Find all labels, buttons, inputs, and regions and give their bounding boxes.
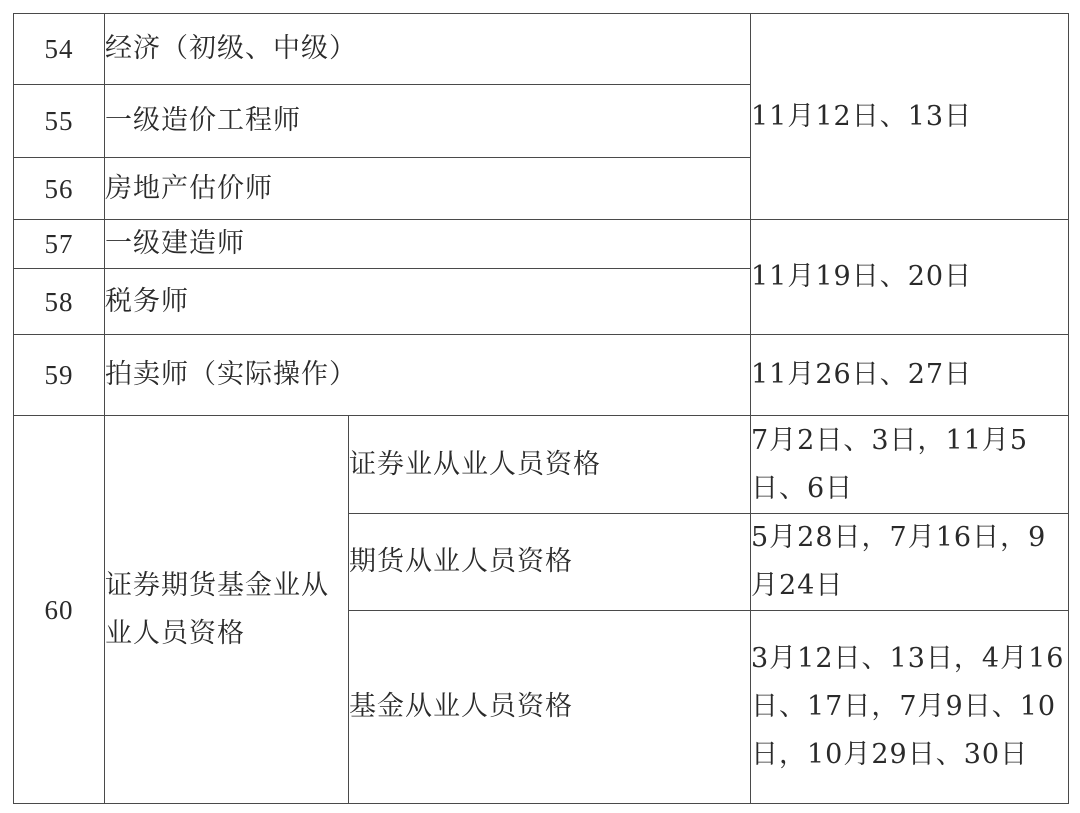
sub-exam-name: 期货从业人员资格 bbox=[349, 514, 751, 611]
exam-name: 一级建造师 bbox=[105, 220, 751, 269]
sub-exam-name: 基金从业人员资格 bbox=[349, 611, 751, 804]
exam-name: 拍卖师（实际操作） bbox=[105, 335, 751, 416]
exam-name: 房地产估价师 bbox=[105, 158, 751, 220]
row-number: 58 bbox=[14, 269, 105, 335]
exam-date: 11月26日、27日 bbox=[751, 335, 1069, 416]
row-number: 59 bbox=[14, 335, 105, 416]
exam-date: 11月12日、13日 bbox=[751, 14, 1069, 220]
row-number: 60 bbox=[14, 416, 105, 804]
sub-exam-date: 5月28日，7月16日，9月24日 bbox=[751, 514, 1069, 611]
exam-name: 证券期货基金业从业人员资格 bbox=[105, 416, 349, 804]
sub-exam-date: 3月12日、13日，4月16日、17日，7月9日、10日，10月29日、30日 bbox=[751, 611, 1069, 804]
exam-name: 一级造价工程师 bbox=[105, 85, 751, 158]
table-row: 54 经济（初级、中级） 11月12日、13日 bbox=[14, 14, 1069, 85]
row-number: 57 bbox=[14, 220, 105, 269]
exam-schedule-table: 54 经济（初级、中级） 11月12日、13日 55 一级造价工程师 56 房地… bbox=[13, 13, 1069, 804]
exam-date: 11月19日、20日 bbox=[751, 220, 1069, 335]
exam-name: 税务师 bbox=[105, 269, 751, 335]
exam-name: 经济（初级、中级） bbox=[105, 14, 751, 85]
sub-exam-date: 7月2日、3日，11月5日、6日 bbox=[751, 416, 1069, 514]
table-row: 57 一级建造师 11月19日、20日 bbox=[14, 220, 1069, 269]
table-row: 60 证券期货基金业从业人员资格 证券业从业人员资格 7月2日、3日，11月5日… bbox=[14, 416, 1069, 514]
row-number: 55 bbox=[14, 85, 105, 158]
row-number: 54 bbox=[14, 14, 105, 85]
row-number: 56 bbox=[14, 158, 105, 220]
table-row: 59 拍卖师（实际操作） 11月26日、27日 bbox=[14, 335, 1069, 416]
sub-exam-name: 证券业从业人员资格 bbox=[349, 416, 751, 514]
